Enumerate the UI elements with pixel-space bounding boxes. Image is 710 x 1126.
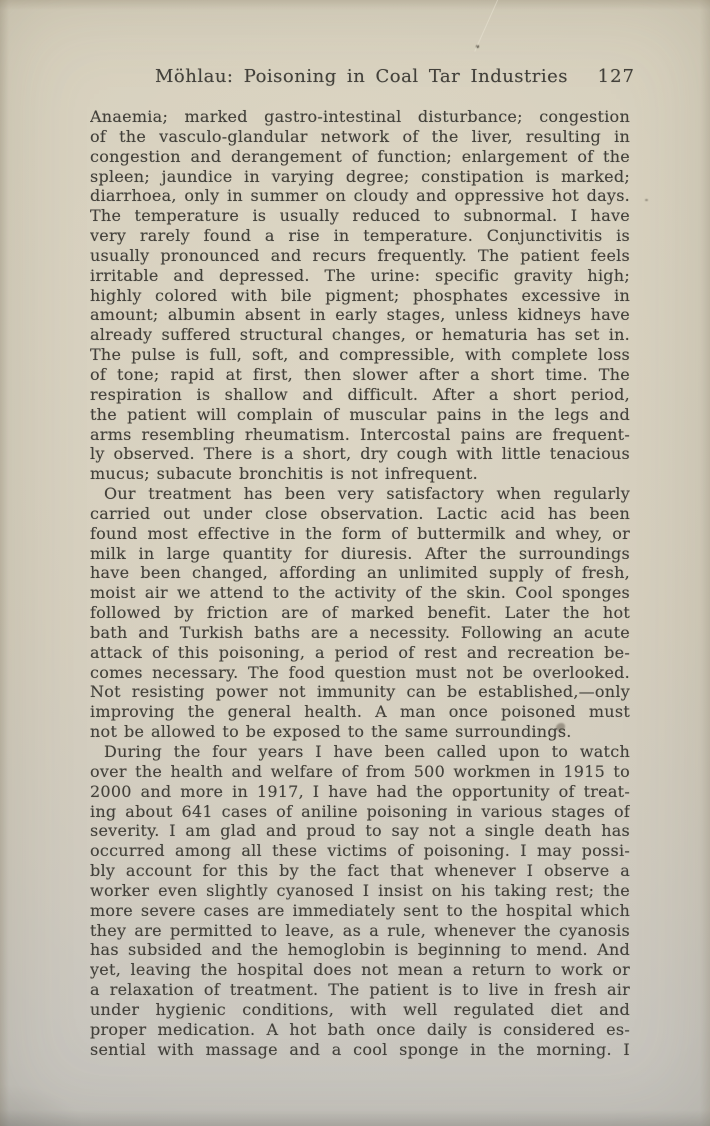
text-line: milk in large quantity for diuresis. Aft… <box>90 544 630 564</box>
text-line: 2000 and more in 1917, I have had the op… <box>90 782 630 802</box>
text-line: followed by friction are of marked benef… <box>90 603 630 623</box>
text-line: a relaxation of treatment. The patient i… <box>90 980 630 1000</box>
text-line: have been changed, affording an unlimite… <box>90 563 630 583</box>
text-line: moist air we attend to the activity of t… <box>90 583 630 603</box>
text-line: carried out under close observation. Lac… <box>90 504 630 524</box>
text-line: Our treatment has been very satisfactory… <box>90 484 630 504</box>
text-line: of tone; rapid at first, then slower aft… <box>90 365 630 385</box>
text-line: found most effective in the form of butt… <box>90 524 630 544</box>
text-line: improving the general health. A man once… <box>90 702 630 722</box>
text-line: occurred among all these victims of pois… <box>90 841 630 861</box>
scan-corner-shade <box>0 1066 120 1126</box>
text-line: congestion and derangement of function; … <box>90 147 630 167</box>
text-line: irritable and depressed. The urine: spec… <box>90 266 630 286</box>
text-line: more severe cases are immediately sent t… <box>90 901 630 921</box>
text-line: severity. I am glad and proud to say not… <box>90 821 630 841</box>
scan-scratch <box>474 0 499 52</box>
text-line: worker even slightly cyanosed I insist o… <box>90 881 630 901</box>
paragraph: During the four years I have been called… <box>90 742 630 1060</box>
text-line: ly observed. There is a short, dry cough… <box>90 444 630 464</box>
text-line: already suffered structural changes, or … <box>90 325 630 345</box>
page-body-text: Anaemia; marked gastro-intestinal distur… <box>90 107 630 1060</box>
text-line: the patient will complain of muscular pa… <box>90 405 630 425</box>
text-line: under hygienic conditions, with well reg… <box>90 1000 630 1020</box>
text-line: bly account for this by the fact that wh… <box>90 861 630 881</box>
text-line: has subsided and the hemoglobin is begin… <box>90 940 630 960</box>
paragraph: Our treatment has been very satisfactory… <box>90 484 630 742</box>
text-line: highly colored with bile pigment; phosph… <box>90 286 630 306</box>
text-line: comes necessary. The food question must … <box>90 663 630 683</box>
text-line: they are permitted to leave, as a rule, … <box>90 921 630 941</box>
text-line: bath and Turkish baths are a necessity. … <box>90 623 630 643</box>
text-line: yet, leaving the hospital does not mean … <box>90 960 630 980</box>
text-line: diarrhoea, only in summer on cloudy and … <box>90 186 630 206</box>
paragraph: Anaemia; marked gastro-intestinal distur… <box>90 107 630 484</box>
text-line: attack of this poisoning, a period of re… <box>90 643 630 663</box>
running-head: Möhlau: Poisoning in Coal Tar Industries… <box>88 64 635 90</box>
scanned-book-page: Möhlau: Poisoning in Coal Tar Industries… <box>0 0 710 1126</box>
text-line: arms resembling rheumatism. Intercostal … <box>90 425 630 445</box>
text-line: Not resisting power not immunity can be … <box>90 682 630 702</box>
text-line: amount; albumin absent in early stages, … <box>90 305 630 325</box>
text-line: respiration is shallow and difficult. Af… <box>90 385 630 405</box>
text-line: spleen; jaundice in varying degree; cons… <box>90 167 630 187</box>
text-line: The pulse is full, soft, and compressibl… <box>90 345 630 365</box>
text-line: During the four years I have been called… <box>90 742 630 762</box>
text-line: Anaemia; marked gastro-intestinal distur… <box>90 107 630 127</box>
page-number: 127 <box>598 64 635 90</box>
running-head-title: Möhlau: Poisoning in Coal Tar Industries <box>155 66 568 87</box>
text-line: very rarely found a rise in temperature.… <box>90 226 630 246</box>
text-line: over the health and welfare of from 500 … <box>90 762 630 782</box>
text-line: sential with massage and a cool sponge i… <box>90 1040 630 1060</box>
text-line: The temperature is usually reduced to su… <box>90 206 630 226</box>
scan-speck <box>645 199 648 201</box>
text-line: ing about 641 cases of aniline poisoning… <box>90 802 630 822</box>
text-line: proper medication. A hot bath once daily… <box>90 1020 630 1040</box>
text-line: of the vasculo-glandular network of the … <box>90 127 630 147</box>
text-line: usually pronounced and recurs frequently… <box>90 246 630 266</box>
text-line: not be allowed to be exposed to the same… <box>90 722 630 742</box>
text-line: mucus; subacute bronchitis is not infreq… <box>90 464 630 484</box>
